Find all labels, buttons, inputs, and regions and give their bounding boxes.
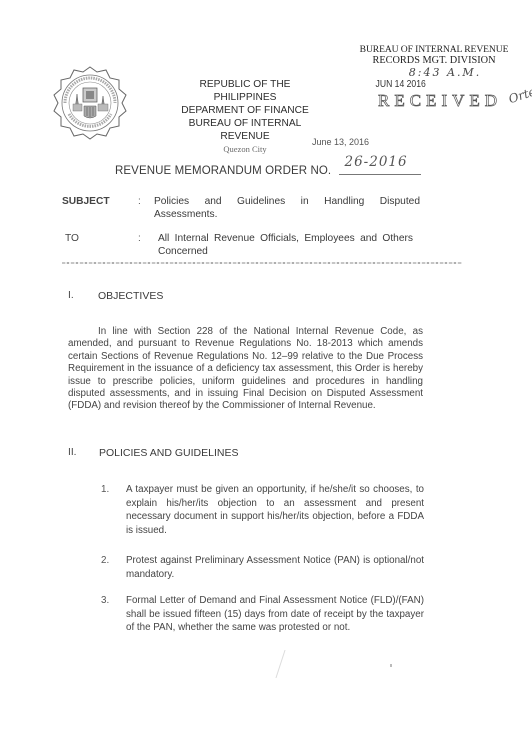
letterhead-department: DEPARMENT OF FINANCE	[170, 104, 320, 117]
to-label: TO	[65, 233, 79, 244]
section-1-title: OBJECTIVES	[98, 290, 163, 302]
stamp-time: 8:43 A.M.	[336, 66, 532, 79]
subject-colon: :	[138, 196, 141, 207]
rmo-label: REVENUE MEMORANDUM ORDER NO.	[115, 165, 331, 177]
letterhead-bureau: BUREAU OF INTERNAL REVENUE	[170, 117, 320, 143]
item-3-number: 3.	[101, 595, 109, 606]
to-line-1: All Internal Revenue Officials, Employee…	[158, 232, 413, 245]
to-value: All Internal Revenue Officials, Employee…	[158, 232, 413, 258]
section-1-number: I.	[68, 290, 74, 301]
to-colon: :	[138, 233, 141, 244]
document-date: June 13, 2016	[312, 137, 369, 147]
header-divider	[62, 262, 462, 264]
item-2-text: Protest against Preliminary Assessment N…	[126, 554, 424, 581]
letterhead-city: Quezon City	[170, 143, 320, 156]
stamp-date: JUN 14 2016	[336, 79, 505, 91]
section-2-title: POLICIES AND GUIDELINES	[99, 447, 238, 459]
received-stamp: BUREAU OF INTERNAL REVENUE RECORDS MGT. …	[336, 44, 532, 111]
letterhead-republic: REPUBLIC OF THE PHILIPPINES	[170, 78, 320, 104]
subject-value: Policies and Guidelines in Handling Disp…	[154, 195, 420, 221]
stamp-division: RECORDS MGT. DIVISION	[336, 55, 532, 66]
item-1-number: 1.	[101, 484, 109, 495]
subject-label: SUBJECT	[62, 196, 110, 207]
section-1-paragraph: In line with Section 228 of the National…	[68, 326, 423, 413]
item-2-number: 2.	[101, 555, 109, 566]
item-1-text: A taxpayer must be given an opportunity,…	[126, 483, 424, 537]
to-line-2: Concerned	[158, 245, 413, 258]
stamp-received: RECEIVED	[336, 91, 532, 111]
rmo-number: 26-2016	[345, 154, 408, 170]
section-2-number: II.	[68, 447, 77, 458]
item-3-text: Formal Letter of Demand and Final Assess…	[126, 594, 424, 635]
letterhead: REPUBLIC OF THE PHILIPPINES DEPARMENT OF…	[170, 78, 320, 156]
stamp-bureau: BUREAU OF INTERNAL REVENUE	[336, 44, 532, 55]
bir-seal-icon	[53, 66, 127, 140]
rmo-title: REVENUE MEMORANDUM ORDER NO. 26-2016	[115, 162, 421, 177]
subject-line-1: Policies and Guidelines in Handling Disp…	[154, 195, 420, 208]
scan-mark	[275, 650, 297, 678]
rmo-number-blank: 26-2016	[339, 162, 421, 175]
scan-dot	[390, 664, 392, 667]
subject-line-2: Assessments.	[154, 208, 420, 221]
